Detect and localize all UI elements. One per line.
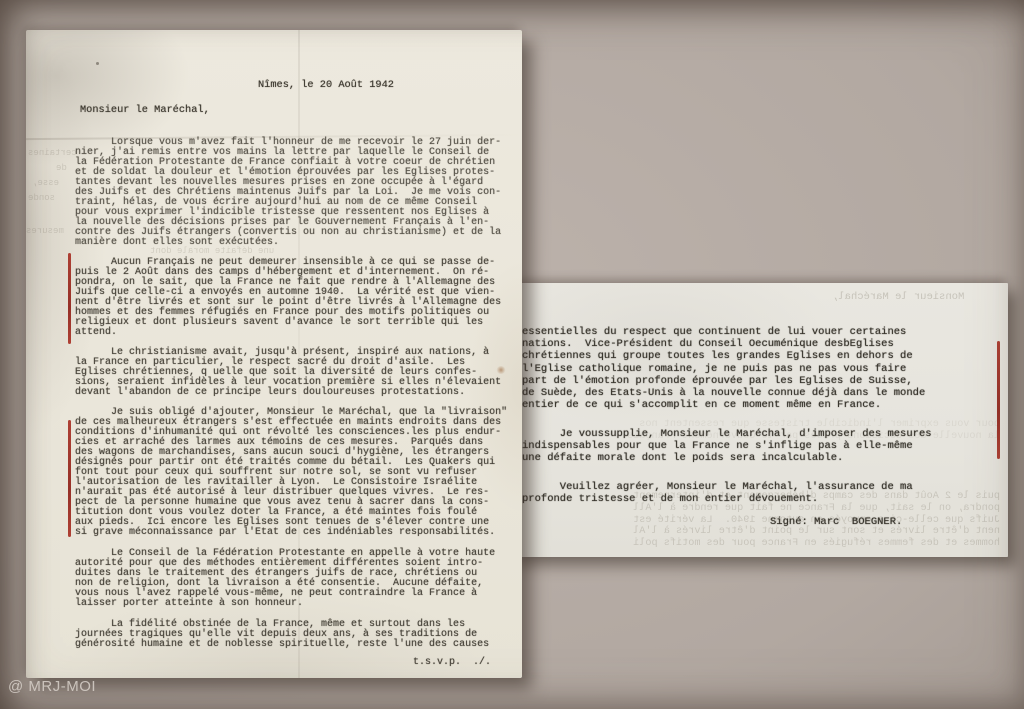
text-line: Je voussupplie, Monsieur le Maréchal, d'… bbox=[522, 428, 932, 440]
text-line: chrétiennes qui groupe toutes les grande… bbox=[522, 350, 925, 362]
text-line: si grave méconnaissance par l'Etat de ce… bbox=[75, 528, 507, 538]
text-line: entier de ce qui s'accomplit en ce momen… bbox=[522, 399, 925, 411]
text-line: laisser porter atteinte à son honneur. bbox=[75, 599, 495, 609]
text-line: part de l'émotion profonde éprouvée par … bbox=[522, 375, 925, 387]
page1-paragraph-4: Je suis obligé d'ajouter, Monsieur le Ma… bbox=[75, 408, 507, 538]
bleedthrough-fragment: certaines bbox=[28, 148, 77, 158]
text-line: profonde tristesse et de mon entier dévo… bbox=[522, 493, 913, 505]
signature-line: Signé: Marc BOEGNER. bbox=[770, 516, 902, 528]
text-line: indispensables pour que la France ne s'i… bbox=[522, 440, 932, 452]
letter-page-2: Monsieur le Maréchal, pour vous exprimer… bbox=[508, 283, 1008, 557]
text-line: une défaite morale dont le poids sera in… bbox=[522, 452, 932, 464]
page2-paragraph-2: Je voussupplie, Monsieur le Maréchal, d'… bbox=[522, 428, 932, 465]
bleedthrough-salutation: Monsieur le Maréchal, bbox=[832, 291, 964, 303]
date-line: Nîmes, le 20 Août 1942 bbox=[258, 80, 394, 91]
text-line: Juifs que celle-ci a envoyés en automne … bbox=[516, 515, 1000, 527]
text-line: nations. Vice-Président du Conseil Oecum… bbox=[522, 338, 925, 350]
bleedthrough-fragment: esse, bbox=[32, 178, 59, 188]
red-margin-line-page2 bbox=[997, 341, 1000, 459]
text-line: essentielles du respect que continuent d… bbox=[522, 326, 925, 338]
page1-paragraph-1: Lorsque vous m'avez fait l'honneur de me… bbox=[75, 138, 501, 248]
paper-speck bbox=[96, 62, 99, 65]
page2-paragraph-3: Veuillez agréer, Monsieur le Maréchal, l… bbox=[522, 481, 913, 505]
bleedthrough-fragment: sonde bbox=[28, 193, 55, 203]
text-line: l'Eglise catholique romaine, je ne puis … bbox=[522, 363, 925, 375]
text-line: de Suède, des Etats-Unis à la nouvelle c… bbox=[522, 387, 925, 399]
red-margin-line-1 bbox=[68, 253, 71, 344]
text-line: religieux et dont plusieurs savent d'ava… bbox=[75, 318, 501, 328]
page1-paragraph-3: Le christianisme avait, jusqu'à présent,… bbox=[75, 348, 501, 398]
page1-paragraph-6: La fidélité obstinée de la France, même … bbox=[75, 620, 489, 650]
text-line: manière dont elles sont exécutées. bbox=[75, 238, 501, 248]
watermark-credit: @ MRJ-MOI bbox=[8, 678, 96, 695]
page2-paragraph-1: essentielles du respect que continuent d… bbox=[522, 326, 925, 411]
letter-page-1: certaines de esse, sonde mesures une déf… bbox=[26, 30, 522, 678]
tsvp-footer: t.s.v.p. ./. bbox=[413, 658, 491, 668]
text-line: Veuillez agréer, Monsieur le Maréchal, l… bbox=[522, 481, 913, 493]
text-line: générosité humaine et de noblesse spirit… bbox=[75, 640, 489, 650]
bleedthrough-fragment: de bbox=[56, 163, 67, 173]
photo-backdrop: Monsieur le Maréchal, pour vous exprimer… bbox=[0, 0, 1024, 709]
page1-paragraph-2: Aucun Français ne peut demeurer insensib… bbox=[75, 258, 501, 338]
text-line: attend. bbox=[75, 328, 501, 338]
text-line: devant l'abandon de ce principe leurs do… bbox=[75, 388, 501, 398]
page1-paragraph-5: Le Conseil de la Fédération Protestante … bbox=[75, 549, 495, 609]
salutation: Monsieur le Maréchal, bbox=[80, 105, 210, 116]
red-margin-line-2 bbox=[68, 420, 71, 537]
text-line: nent d'être livrés et sont sur le point … bbox=[516, 526, 1000, 538]
text-line: hommes et des femmes réfugiés en France … bbox=[516, 538, 1000, 550]
bleedthrough-fragment: mesures bbox=[26, 226, 64, 236]
